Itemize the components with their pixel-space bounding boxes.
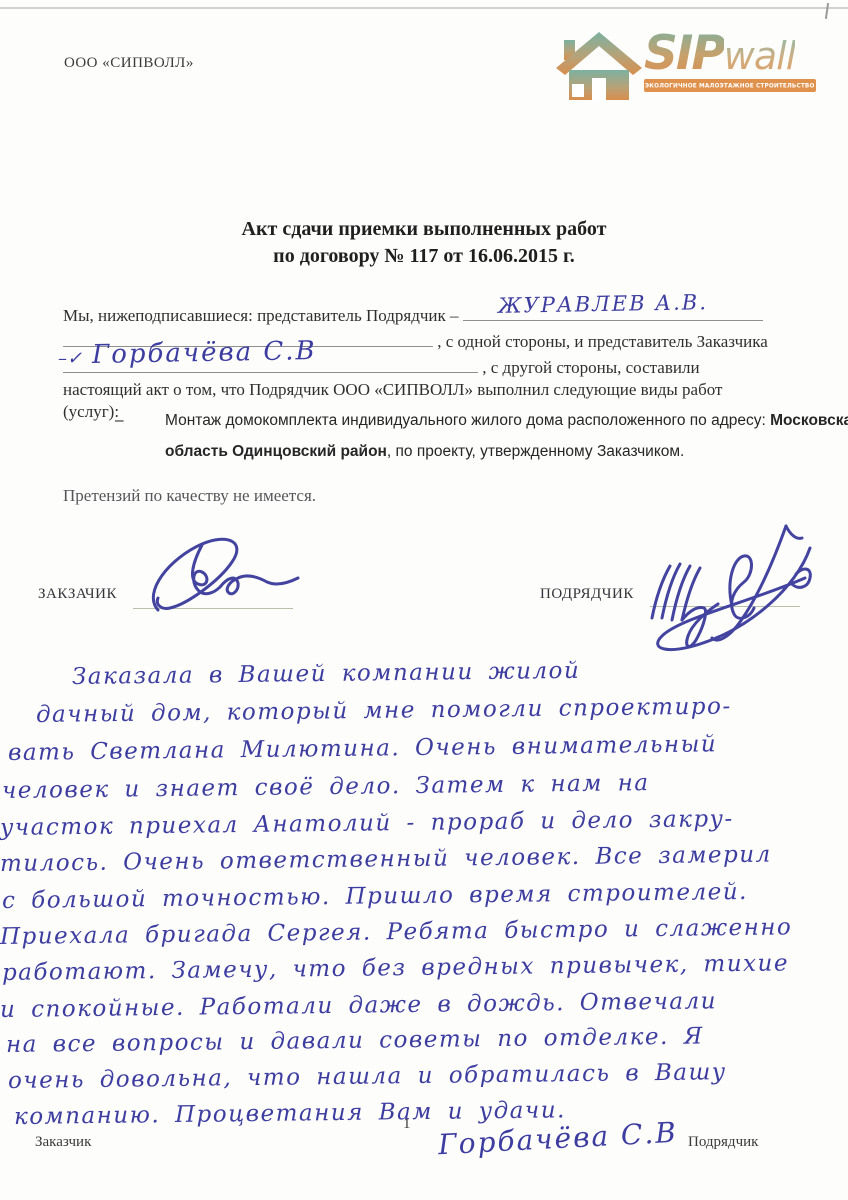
customer-name-handwritten: Горбачёва С.В xyxy=(92,336,317,370)
review-line: тилось. Очень ответственный человек. Все… xyxy=(0,842,772,877)
logo-wall-text: wall xyxy=(724,34,795,78)
body-line4: настоящий акт о том, что Подрядчик ООО «… xyxy=(63,380,722,400)
page-number: 1 xyxy=(403,1116,411,1133)
body-line3-text: , с другой стороны, составили xyxy=(482,358,699,377)
body-line1-text: Мы, нижеподписавшиеся: представитель Под… xyxy=(63,306,459,325)
review-line: дачный дом, который мне помогли спроекти… xyxy=(36,694,732,728)
review-line: очень довольна, что нашла и обратилась в… xyxy=(8,1059,727,1094)
footer-customer-label: Заказчик xyxy=(35,1134,91,1151)
footer-contractor-label: Подрядчик xyxy=(688,1134,758,1151)
logo-tagline-banner: • ЭКОЛОГИЧНОЕ МАЛОЭТАЖНОЕ СТРОИТЕЛЬСТВО … xyxy=(644,79,816,92)
review-line: работают. Замечу, что без вредных привыч… xyxy=(2,950,789,986)
scan-artifact-mark xyxy=(825,3,829,19)
document-title-line1: Акт сдачи приемки выполненных работ xyxy=(0,218,848,241)
bullet-line2-normal: , по проекту, утвержденному Заказчиком. xyxy=(387,443,684,460)
logo-sip-text: SIP xyxy=(644,26,724,81)
customer-check-mark: –✓ xyxy=(58,348,82,369)
scanned-document-page: ООО «СИПВОЛЛ» SIPwall • ЭКОЛОГИЧНОЕ МАЛО… xyxy=(0,0,848,1200)
customer-signature-label: ЗАКЗАЧИК xyxy=(38,586,117,603)
review-line: и спокойные. Работали даже в дождь. Отве… xyxy=(0,988,717,1023)
bullet-line2: область Одинцовский район, по проекту, у… xyxy=(165,443,684,461)
body-line2-text: , с одной стороны, и представитель Заказ… xyxy=(437,332,768,351)
document-title-line2: по договору № 117 от 16.06.2015 г. xyxy=(0,245,848,268)
bullet-line1-normal: Монтаж домокомплекта индивидуального жил… xyxy=(165,412,770,429)
review-line: с большой точностью. Пришло время строит… xyxy=(2,879,748,914)
logo-text-block: SIPwall • ЭКОЛОГИЧНОЕ МАЛОЭТАЖНОЕ СТРОИТ… xyxy=(644,30,795,77)
no-claims-statement: Претензий по качеству не имеется. xyxy=(63,486,316,506)
contractor-name-handwritten: ЖУРАВЛЕВ А.В. xyxy=(498,290,708,318)
review-line: Заказала в Вашей компании жилой xyxy=(72,658,581,690)
bullet-dash: – xyxy=(115,412,124,430)
company-name-header: ООО «СИПВОЛЛ» xyxy=(64,55,194,72)
review-line: на все вопросы и давали советы по отделк… xyxy=(6,1023,704,1058)
review-line: вать Светлана Милютина. Очень внимательн… xyxy=(8,731,717,766)
scan-edge-line xyxy=(0,7,848,9)
bullet-line1: Монтаж домокомплекта индивидуального жил… xyxy=(165,412,848,430)
bullet-line1-bold: Московская xyxy=(770,412,848,429)
review-line: человек и знает своё дело. Затем к нам н… xyxy=(2,770,650,804)
review-line: Приехала бригада Сергея. Ребята быстро и… xyxy=(0,914,792,950)
bullet-line2-bold: область Одинцовский район xyxy=(165,443,387,460)
body-line5: (услуг): xyxy=(63,402,119,422)
review-line: участок приехал Анатолий - прораб и дело… xyxy=(0,806,734,841)
contractor-signature xyxy=(600,518,830,663)
sipwall-logo: SIPwall • ЭКОЛОГИЧНОЕ МАЛОЭТАЖНОЕ СТРОИТ… xyxy=(556,28,818,104)
logo-tagline-text: • ЭКОЛОГИЧНОЕ МАЛОЭТАЖНОЕ СТРОИТЕЛЬСТВО … xyxy=(639,82,821,89)
customer-signature xyxy=(140,532,390,622)
house-icon xyxy=(556,28,642,102)
